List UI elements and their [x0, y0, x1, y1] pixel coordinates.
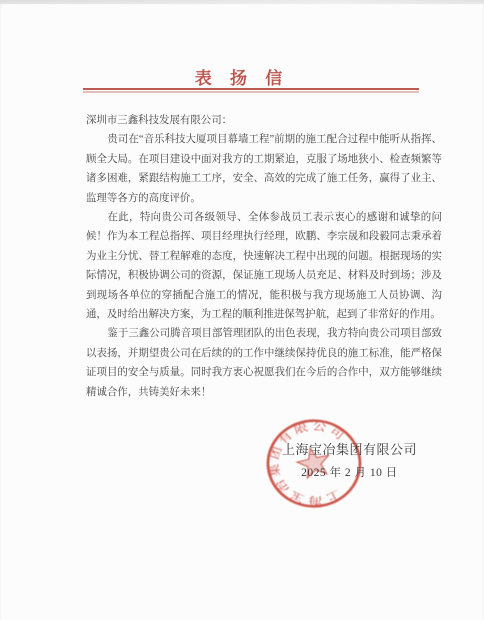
letter-paragraph-1: 贵司在“音乐科技大厦项目幕墙工程”前期的施工配合过程中能听从指挥、顾全大局。在项… — [86, 130, 442, 208]
letter-title: 表 扬 信 — [0, 64, 484, 89]
signature-block: 上海宝冶集团有限公司 2025 年 2 月 10 日 — [282, 439, 417, 480]
letter-body: 深圳市三鑫科技发展有限公司： 贵司在“音乐科技大厦项目幕墙工程”前期的施工配合过… — [86, 111, 442, 402]
letter-paragraph-2: 在此，特向贵公司各级领导、全体参战员工表示衷心的感谢和诚挚的问候！作为本工程总指… — [86, 208, 442, 324]
letter-page: 表 扬 信 深圳市三鑫科技发展有限公司： 贵司在“音乐科技大厦项目幕墙工程”前期… — [0, 0, 484, 620]
recipient-line: 深圳市三鑫科技发展有限公司： — [86, 111, 442, 130]
letter-date: 2025 年 2 月 10 日 — [282, 464, 417, 480]
company-name: 上海宝冶集团有限公司 — [282, 439, 417, 458]
letter-paragraph-3: 鉴于三鑫公司腾音项目部管理团队的出色表现，我方特向贵公司项目部致以表扬，并期望贵… — [86, 324, 442, 402]
title-underline — [83, 88, 419, 90]
